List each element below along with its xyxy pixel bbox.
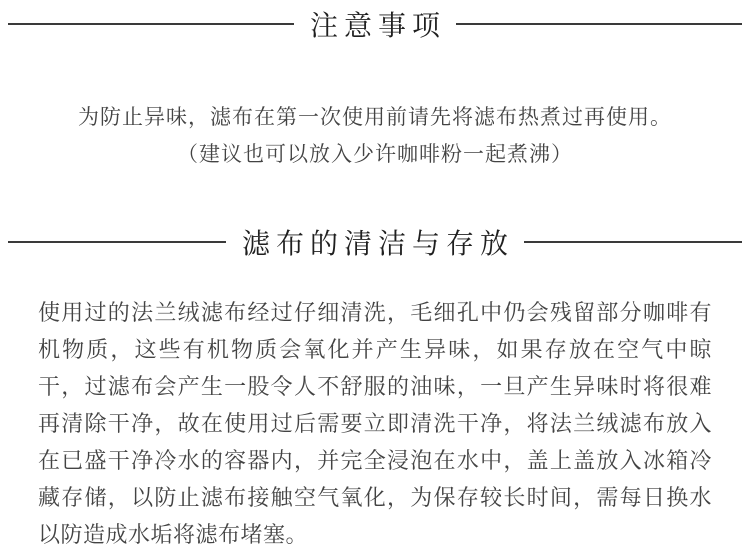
notice-section-title: 注意事项 [310, 4, 446, 44]
divider-line-right [456, 23, 742, 25]
notice-line-2: （建议也可以放入少许咖啡粉一起煮沸） [0, 136, 750, 173]
care-instructions-page: 注意事项 为防止异味，滤布在第一次使用前请先将滤布热煮过再使用。 （建议也可以放… [0, 0, 750, 558]
notice-line-1: 为防止异味，滤布在第一次使用前请先将滤布热煮过再使用。 [0, 99, 750, 136]
notice-text-block: 为防止异味，滤布在第一次使用前请先将滤布热煮过再使用。 （建议也可以放入少许咖啡… [0, 99, 750, 173]
care-paragraph: 使用过的法兰绒滤布经过仔细清洗，毛细孔中仍会残留部分咖啡有机物质，这些有机物质会… [38, 294, 712, 553]
divider-line-right [524, 241, 742, 243]
notice-title-row: 注意事项 [8, 6, 742, 42]
divider-line-left [8, 23, 294, 25]
care-title-row: 滤布的清洁与存放 [8, 225, 742, 259]
care-section-title: 滤布的清洁与存放 [242, 222, 514, 262]
divider-line-left [8, 241, 226, 243]
